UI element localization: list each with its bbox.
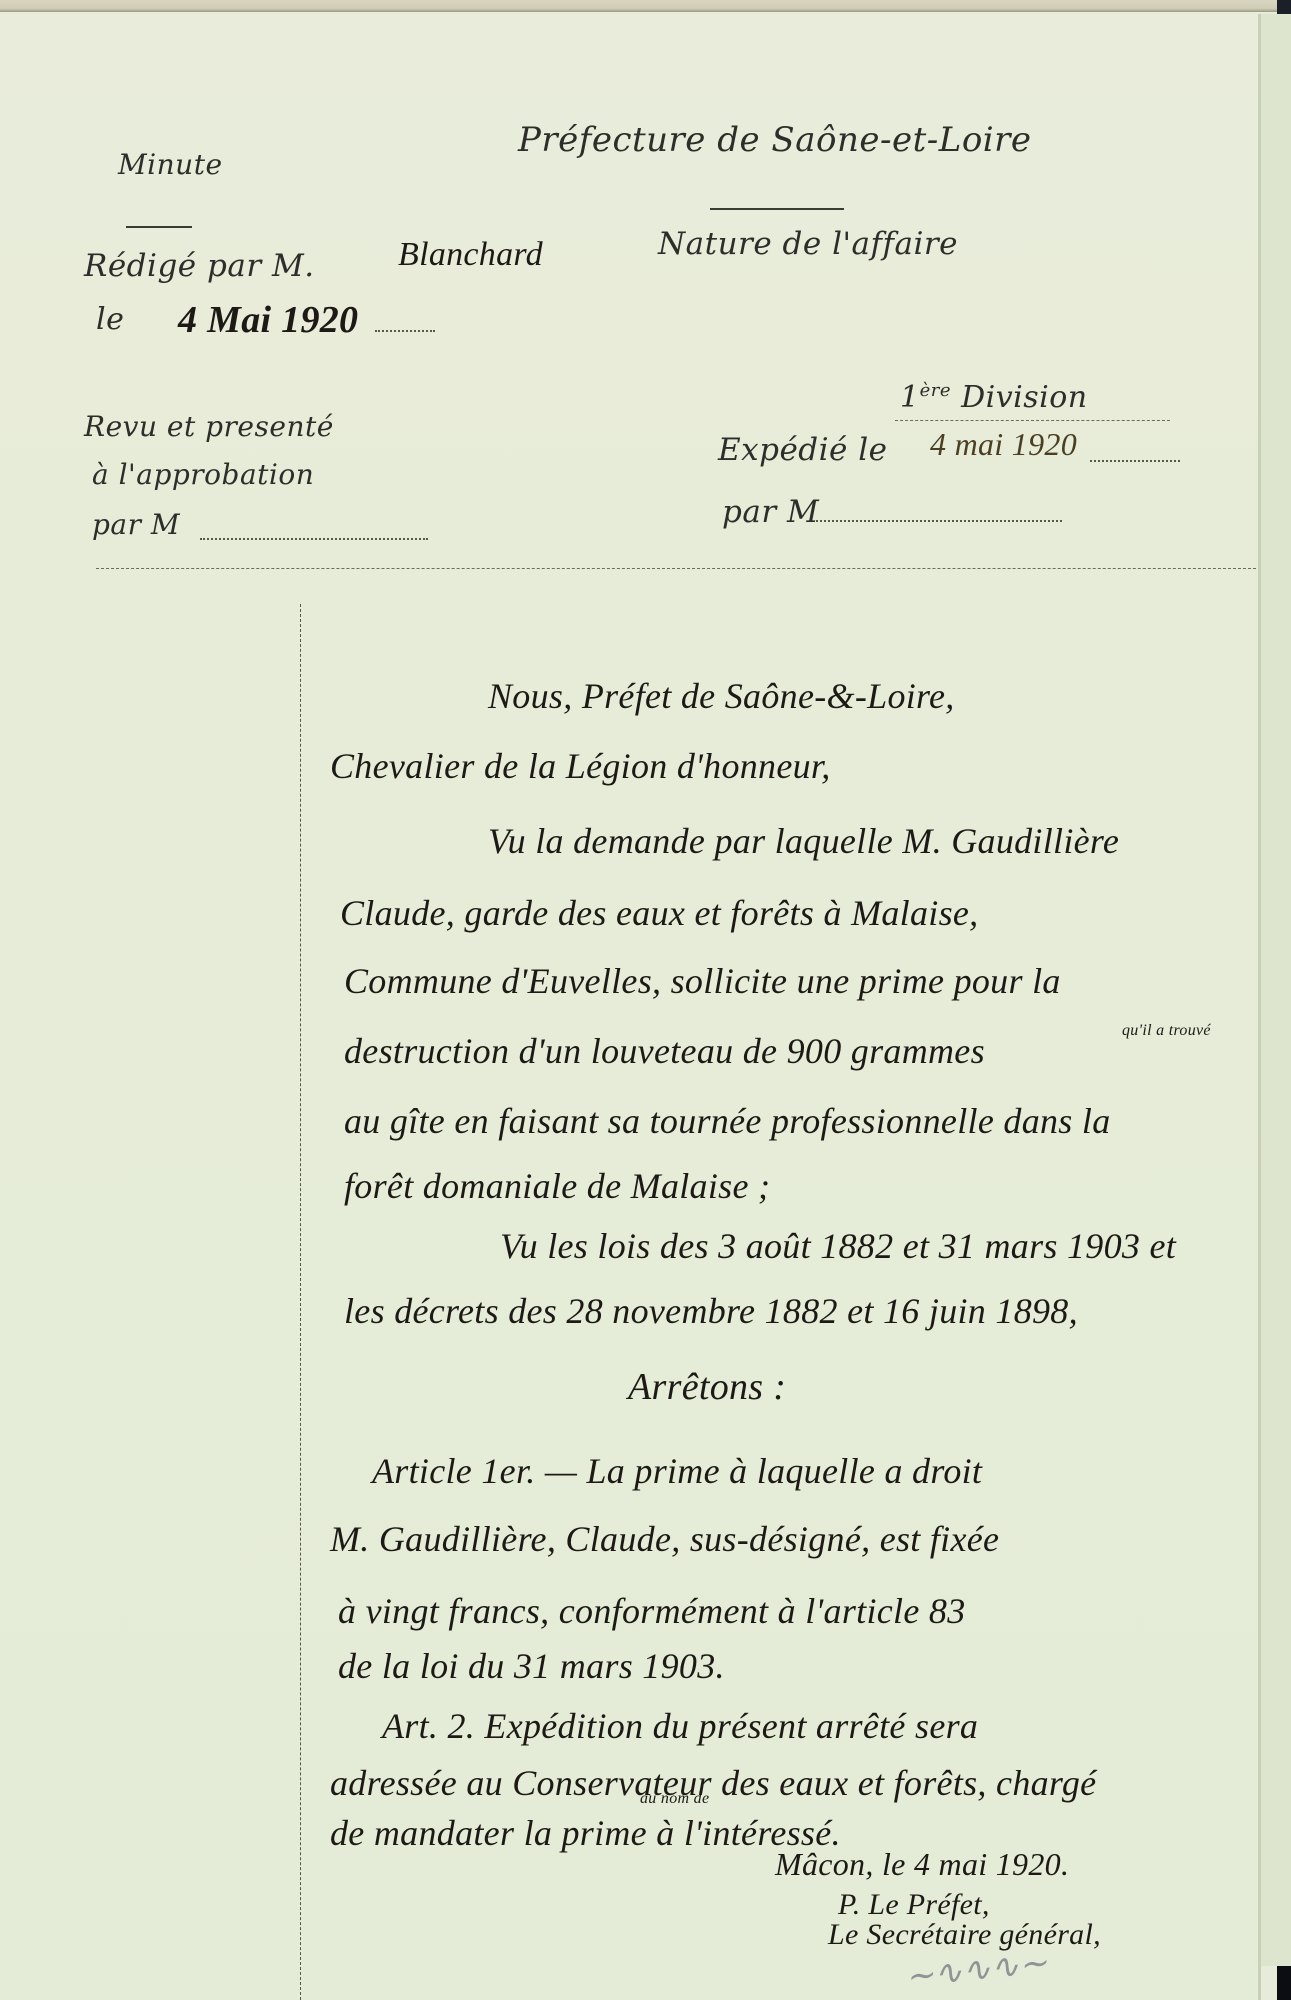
revu-dots	[200, 538, 428, 540]
minute-underline	[126, 226, 192, 228]
page-top-edge	[0, 0, 1278, 12]
body-line-1: Nous, Préfet de Saône-&-Loire,	[488, 675, 955, 717]
body-line-2: Chevalier de la Légion d'honneur,	[330, 745, 831, 787]
revu-line-2: à l'approbation	[92, 458, 314, 491]
division-label: Division	[961, 380, 1088, 415]
body-line-4: Claude, garde des eaux et forêts à Malai…	[340, 892, 978, 934]
division-heading: 1ère Division	[900, 380, 1088, 415]
article2-insert: au nom de	[640, 1790, 709, 1808]
inserted-note: qu'il a trouvé	[1122, 1022, 1211, 1040]
prefecture-title: Préfecture de Saône-et-Loire	[518, 120, 1032, 160]
minute-label: Minute	[118, 148, 223, 181]
body-line-10: les décrets des 28 novembre 1882 et 16 j…	[344, 1290, 1078, 1332]
title-underline	[710, 208, 844, 210]
division-ordinal: 1	[900, 380, 920, 415]
body-line-3: Vu la demande par laquelle M. Gaudillièr…	[488, 820, 1119, 862]
body-line-6: destruction d'un louveteau de 900 gramme…	[344, 1030, 985, 1072]
division-underline	[895, 420, 1170, 421]
redige-date-dots	[375, 330, 435, 332]
header-divider	[96, 568, 1256, 569]
article2-line-3: de mandater la prime à l'intéressé.	[330, 1812, 841, 1854]
next-page-edge	[1261, 14, 1291, 1966]
article1-line-4: de la loi du 31 mars 1903.	[338, 1645, 725, 1687]
body-line-9: Vu les lois des 3 août 1882 et 31 mars 1…	[500, 1225, 1176, 1267]
expedie-dots	[1090, 460, 1180, 462]
secretary-title: Le Secrétaire général,	[828, 1918, 1101, 1952]
redige-label: Rédigé par M.	[84, 248, 315, 284]
par-m-dots	[816, 520, 1062, 522]
par-m-label: par M	[722, 494, 819, 530]
revu-line-3: par M	[92, 508, 180, 541]
body-line-8: forêt domaniale de Malaise ;	[344, 1165, 770, 1207]
le-label: le	[96, 302, 124, 337]
article2-line-2: adressée au Conservateur des eaux et for…	[330, 1762, 1096, 1804]
article1-line-3: à vingt francs, conformément à l'article…	[338, 1590, 966, 1632]
body-line-5: Commune d'Euvelles, sollicite une prime …	[344, 960, 1061, 1002]
redige-date-value: 4 Mai 1920	[178, 298, 358, 342]
scan-corner-bottom	[1277, 1966, 1291, 2000]
revu-line-1: Revu et presenté	[84, 410, 334, 443]
article1-line-2: M. Gaudillière, Claude, sus-désigné, est…	[330, 1518, 999, 1560]
place-date: Mâcon, le 4 mai 1920.	[775, 1846, 1069, 1883]
nature-label: Nature de l'affaire	[658, 226, 958, 262]
document-page: Minute Préfecture de Saône-et-Loire Rédi…	[0, 0, 1258, 2000]
arretons-heading: Arrêtons :	[628, 1365, 786, 1409]
redige-value: Blanchard	[398, 236, 543, 274]
expedie-label: Expédié le	[718, 432, 888, 468]
scan-corner-top	[1277, 0, 1291, 14]
division-sup: ère	[920, 380, 951, 401]
expedie-value: 4 mai 1920	[930, 426, 1077, 463]
for-prefect: P. Le Préfet,	[838, 1888, 990, 1922]
margin-line	[300, 604, 301, 2000]
body-line-7: au gîte en faisant sa tournée profession…	[344, 1100, 1111, 1142]
article1-line-1: Article 1er. — La prime à laquelle a dro…	[372, 1450, 982, 1492]
article2-line-1: Art. 2. Expédition du présent arrêté ser…	[382, 1705, 978, 1747]
